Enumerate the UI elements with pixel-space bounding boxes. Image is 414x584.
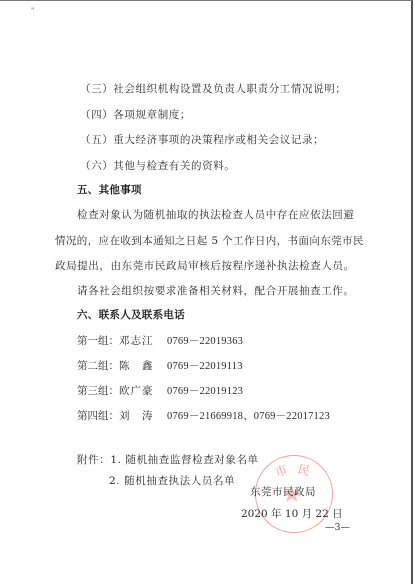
contact-group: 第三组：	[77, 385, 119, 398]
contact-name: 刘 涛	[119, 410, 167, 423]
contact-phone: 0769－22019363	[167, 336, 243, 347]
scan-mark: "	[31, 7, 34, 15]
attachment-label: 附件：	[77, 454, 110, 466]
attachment-row-1: 附件：1. 随机抽查监督检查对象名单	[77, 454, 259, 467]
contact-row-3: 第三组：欧广豪0769－22019123	[77, 385, 243, 398]
contact-group: 第一组：	[77, 335, 119, 348]
section-5-heading: 五、其他事项	[77, 184, 142, 197]
contact-group: 第四组：	[77, 410, 119, 423]
section-6-heading: 六、联系人及联系电话	[77, 309, 185, 322]
contact-phone: 0769－21669918、0769－22017123	[167, 411, 330, 422]
contact-row-1: 第一组：邓志江0769－22019363	[77, 335, 243, 348]
signature-org: 东莞市民政局	[250, 484, 316, 499]
attachment-item-2: 2. 随机抽查执法人员名单	[109, 475, 235, 488]
section-5-para-line-3: 政局提出，由东莞市民政局审核后按程序递补执法检查人员。	[55, 260, 355, 273]
section-5-para-line-2: 情况的，应在收到本通知之日起 5 个工作日内，书面向东莞市民	[55, 235, 364, 248]
contact-row-4: 第四组：刘 涛0769－21669918、0769－22017123	[77, 410, 330, 423]
signature-date: 2020 年 10 月 22 日	[241, 506, 343, 521]
item-5: （五）重大经济事项的决策程序或相关会议记录；	[80, 134, 324, 147]
page-number: —3—	[325, 522, 350, 533]
contact-phone: 0769－22019123	[167, 386, 243, 397]
contact-name: 邓志江	[119, 335, 167, 348]
item-4: （四）各项规章制度；	[80, 109, 191, 122]
seal-char-right: 民	[296, 460, 312, 480]
contact-name: 欧广豪	[119, 385, 167, 398]
contact-name: 陈 鑫	[119, 360, 167, 373]
item-6: （六）其他与检查有关的资料。	[80, 160, 235, 173]
item-3: （三）社会组织机构设置及负责人职责分工情况说明；	[80, 83, 346, 96]
seal-char-left: 市	[272, 460, 289, 480]
section-5-para-line-1: 检查对象认为随机抽取的执法检查人员中存在应依法回避	[77, 209, 355, 222]
attachment-item-1: 1. 随机抽查监督检查对象名单	[110, 454, 258, 466]
contact-phone: 0769－22019113	[167, 361, 243, 372]
contact-group: 第二组：	[77, 360, 119, 373]
section-5-para-2: 请各社会组织按要求准备相关材料，配合开展抽查工作。	[77, 285, 355, 298]
contact-row-2: 第二组：陈 鑫0769－22019113	[77, 360, 243, 373]
